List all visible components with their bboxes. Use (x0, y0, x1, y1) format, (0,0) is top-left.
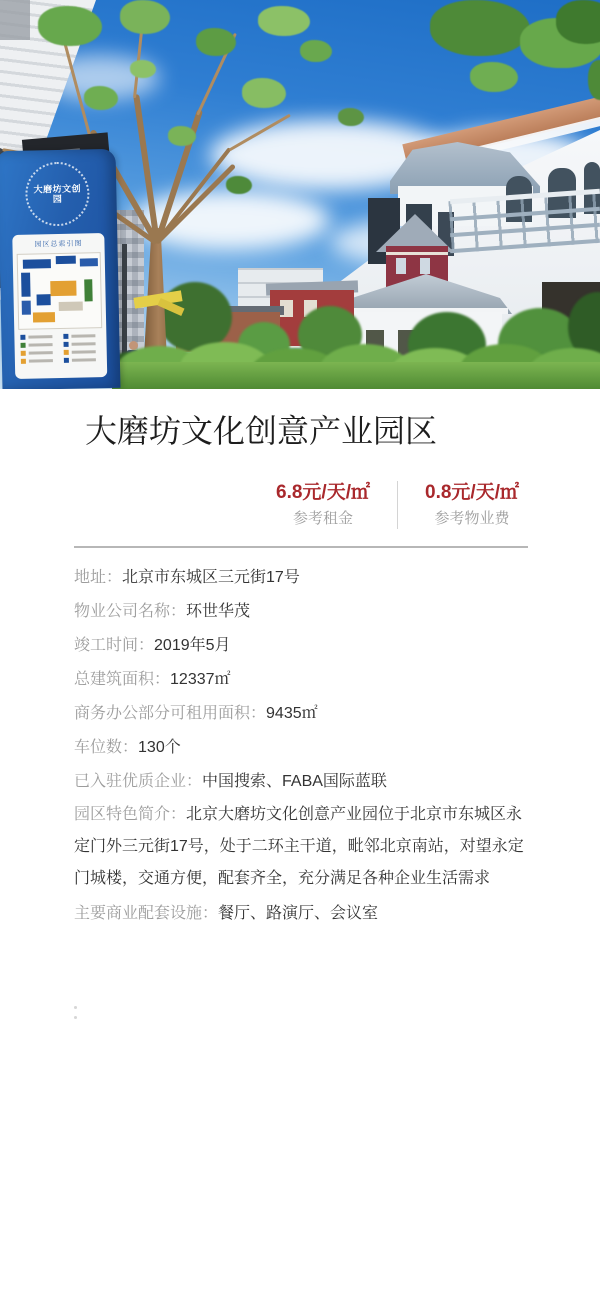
legend-label-bar (72, 358, 96, 362)
detail-row-parking: 车位数：130个 (74, 731, 528, 765)
rent-price-value: 6.8元/天/㎡ (267, 480, 379, 506)
park-sign-board: 大磨坊文创园 园区总索引图 (0, 149, 120, 389)
sign-logo-text: 大磨坊文创园 (29, 183, 85, 205)
foliage-blob (258, 6, 310, 36)
detail-label: 总建筑面积： (74, 671, 170, 688)
detail-label: 主要商业配套设施： (74, 905, 218, 922)
legend-label-bar (71, 334, 95, 338)
legend-item (20, 334, 57, 340)
foliage-blob (226, 176, 252, 194)
facade-trim (386, 252, 448, 255)
detail-label: 商务办公部分可租用面积： (74, 705, 266, 722)
sign-map-panel: 园区总索引图 (12, 233, 107, 379)
legend-swatch (21, 359, 26, 364)
stray-dot (74, 1016, 77, 1019)
map-block (22, 301, 31, 315)
detail-row-rentable-area: 商务办公部分可租用面积：9435㎡ (74, 697, 528, 731)
map-block (23, 259, 51, 269)
property-fee-value: 0.8元/天/㎡ (416, 480, 528, 506)
foliage-blob (338, 108, 364, 126)
detail-label: 竣工时间： (74, 637, 154, 654)
detail-label: 园区特色简介： (74, 806, 186, 823)
detail-value: 餐厅、路演厅、会议室 (218, 905, 378, 922)
legend-label-bar (72, 342, 96, 346)
price-divider (397, 481, 398, 529)
foliage-blob (196, 28, 236, 56)
legend-swatch (64, 350, 69, 355)
legend-item (64, 349, 101, 355)
detail-row-description: 园区特色简介：北京大磨坊文化创意产业园位于北京市东城区永定门外三元街17号，处于… (74, 799, 528, 895)
sign-panel-title: 园区总索引图 (12, 238, 104, 250)
detail-row-property-company: 物业公司名称：环世华茂 (74, 595, 528, 629)
detail-value: 中国搜索、FABA国际蓝联 (202, 773, 387, 790)
legend-label-bar (28, 335, 52, 339)
foliage-blob (84, 86, 118, 110)
detail-row-tenants: 已入驻优质企业：中国搜索、FABA国际蓝联 (74, 765, 528, 799)
detail-label: 物业公司名称： (74, 603, 186, 620)
foliage-blob (38, 6, 102, 46)
foliage-blob (120, 0, 170, 34)
foliage-blob (470, 62, 518, 92)
window (420, 258, 430, 274)
detail-value: 130个 (138, 739, 181, 756)
hedge-strip (112, 362, 600, 389)
detail-value: 9435㎡ (266, 705, 318, 722)
legend-label-bar (72, 350, 96, 354)
detail-row-facilities: 主要商业配套设施：餐厅、路演厅、会议室 (74, 897, 528, 931)
legend-item (63, 333, 100, 339)
property-fee-label: 参考物业费 (416, 508, 528, 530)
sign-legend (20, 333, 101, 364)
rent-price: 6.8元/天/㎡ 参考租金 (267, 480, 379, 530)
sign-map (17, 252, 103, 330)
legend-swatch (21, 351, 26, 356)
legend-label-bar (29, 343, 53, 347)
detail-row-total-area: 总建筑面积：12337㎡ (74, 663, 528, 697)
window (396, 258, 406, 274)
stray-marks (74, 1006, 528, 1019)
hero-photo[interactable]: 大磨坊文创园 园区总索引图 (0, 0, 600, 389)
detail-value: 北京市东城区三元街17号 (122, 569, 300, 586)
price-summary: 6.8元/天/㎡ 参考租金 0.8元/天/㎡ 参考物业费 (74, 480, 528, 530)
legend-label-bar (29, 359, 53, 363)
foliage-blob (430, 0, 530, 56)
legend-item (21, 342, 58, 348)
map-block (59, 302, 83, 312)
detail-row-address: 地址：北京市东城区三元街17号 (74, 561, 528, 595)
legend-item (64, 357, 101, 363)
legend-item (21, 350, 58, 356)
map-block (33, 312, 55, 322)
legend-item (21, 358, 58, 364)
listing-content: 大磨坊文化创意产业园区 6.8元/天/㎡ 参考租金 0.8元/天/㎡ 参考物业费… (0, 409, 600, 1019)
sign-wheat-logo-icon: 大磨坊文创园 (25, 161, 90, 226)
detail-row-completion-date: 竣工时间：2019年5月 (74, 629, 528, 663)
legend-swatch (64, 342, 69, 347)
foliage-blob (130, 60, 156, 78)
left-building-window (0, 0, 30, 40)
legend-item (64, 341, 101, 347)
map-block (84, 279, 92, 301)
section-divider (74, 546, 528, 548)
detail-label: 车位数： (74, 739, 138, 756)
legend-label-bar (29, 351, 53, 355)
rent-price-label: 参考租金 (267, 508, 379, 530)
map-block (21, 273, 31, 297)
foliage-blob (300, 40, 332, 62)
legend-swatch (63, 334, 68, 339)
legend-swatch (20, 335, 25, 340)
map-block (80, 258, 98, 266)
foliage-blob (168, 126, 196, 146)
property-fee: 0.8元/天/㎡ 参考物业费 (416, 480, 528, 530)
detail-value: 2019年5月 (154, 637, 231, 654)
property-listing-page: 大磨坊文创园 园区总索引图 (0, 0, 600, 1313)
page-title: 大磨坊文化创意产业园区 (85, 409, 528, 453)
stray-dot (74, 1006, 77, 1009)
legend-swatch (64, 358, 69, 363)
detail-label: 地址： (74, 569, 122, 586)
map-block (56, 256, 76, 264)
detail-label: 已入驻优质企业： (74, 773, 202, 790)
map-block (37, 294, 51, 305)
detail-value: 12337㎡ (170, 671, 231, 688)
map-block (50, 281, 76, 297)
foliage-blob (242, 78, 286, 108)
detail-value: 环世华茂 (186, 603, 250, 620)
details-list: 地址：北京市东城区三元街17号 物业公司名称：环世华茂 竣工时间：2019年5月… (74, 561, 528, 931)
legend-swatch (21, 343, 26, 348)
